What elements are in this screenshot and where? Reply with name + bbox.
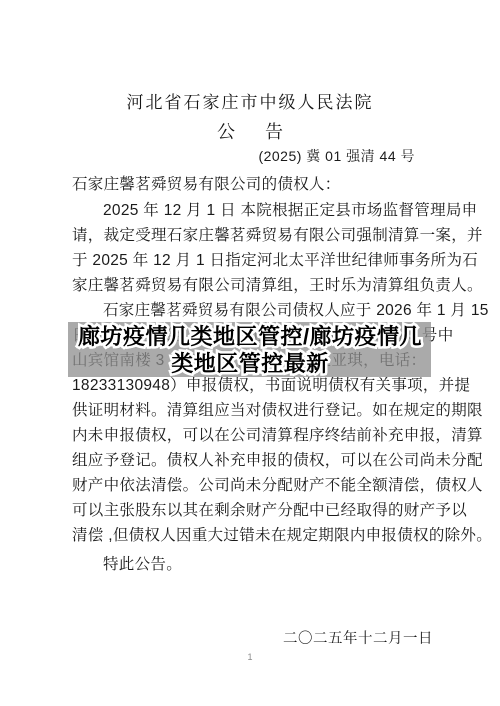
notice-title: 公告 <box>0 118 500 144</box>
seo-overlay-line2-text: 类地区管控最新 <box>171 351 329 376</box>
notice-title-char1: 公 <box>217 122 235 142</box>
body-text-line: 内未申报债权，可以在公司清算程序终结前补充申报，清算 <box>72 423 483 445</box>
closing-line: 特此公告。 <box>72 552 182 574</box>
body-text-line: 供证明材料。清算组应当对债权进行登记。如在规定的期限 <box>72 398 483 420</box>
notice-title-char2: 告 <box>265 122 283 142</box>
body-text-line: 财产中依法清偿。公司尚未分配财产不能全额清偿，债权人 <box>72 473 483 495</box>
body-text-line: 石家庄馨茗舜贸易有限公司债权人应于 2026 年 1 月 15 <box>72 298 489 320</box>
body-text-line: 家庄馨茗舜贸易有限公司清算组，王时乐为清算组负责人。 <box>72 273 483 295</box>
body-text-line: 于 2025 年 12 月 1 日指定河北太平洋世纪律师事务所为石 <box>72 248 478 270</box>
body-text-line: 清偿 ,但债权人因重大过错未在规定期限内申报债权的除外。 <box>72 523 492 545</box>
body-text-line: 可以主张股东以其在剩余财产分配中已经取得的财产予以 <box>72 498 467 520</box>
creditor-salutation: 石家庄馨茗舜贸易有限公司的债权人： <box>72 172 341 194</box>
seo-overlay-line1: 廊坊疫情几类地区管控/廊坊疫情几 廊坊疫情几类地区管控/廊坊疫情几 <box>30 323 470 350</box>
body-text-line: 2025 年 12 月 1 日 本院根据正定县市场监督管理局申 <box>72 198 477 220</box>
document-page: 河北省石家庄市中级人民法院 公告 (2025) 冀 01 强清 44 号 石家庄… <box>0 0 500 706</box>
body-text-line: 组应予登记。债权人补充申报的债权，可以在公司尚未分配 <box>72 448 483 470</box>
page-number: 1 <box>0 652 500 662</box>
court-name-title: 河北省石家庄市中级人民法院 <box>0 88 500 113</box>
case-number: (2025) 冀 01 强清 44 号 <box>258 146 415 166</box>
document-date: 二〇二五年十二月一日 <box>283 627 433 648</box>
seo-overlay-title: 廊坊疫情几类地区管控/廊坊疫情几 廊坊疫情几类地区管控/廊坊疫情几 类地区管控最… <box>30 320 470 380</box>
seo-overlay-line2: 类地区管控最新 类地区管控最新 <box>30 350 470 377</box>
seo-overlay-line1-text: 廊坊疫情几类地区管控/廊坊疫情几 <box>78 324 422 349</box>
body-text-line: 请，裁定受理石家庄馨茗舜贸易有限公司强制清算一案，并 <box>72 223 483 245</box>
